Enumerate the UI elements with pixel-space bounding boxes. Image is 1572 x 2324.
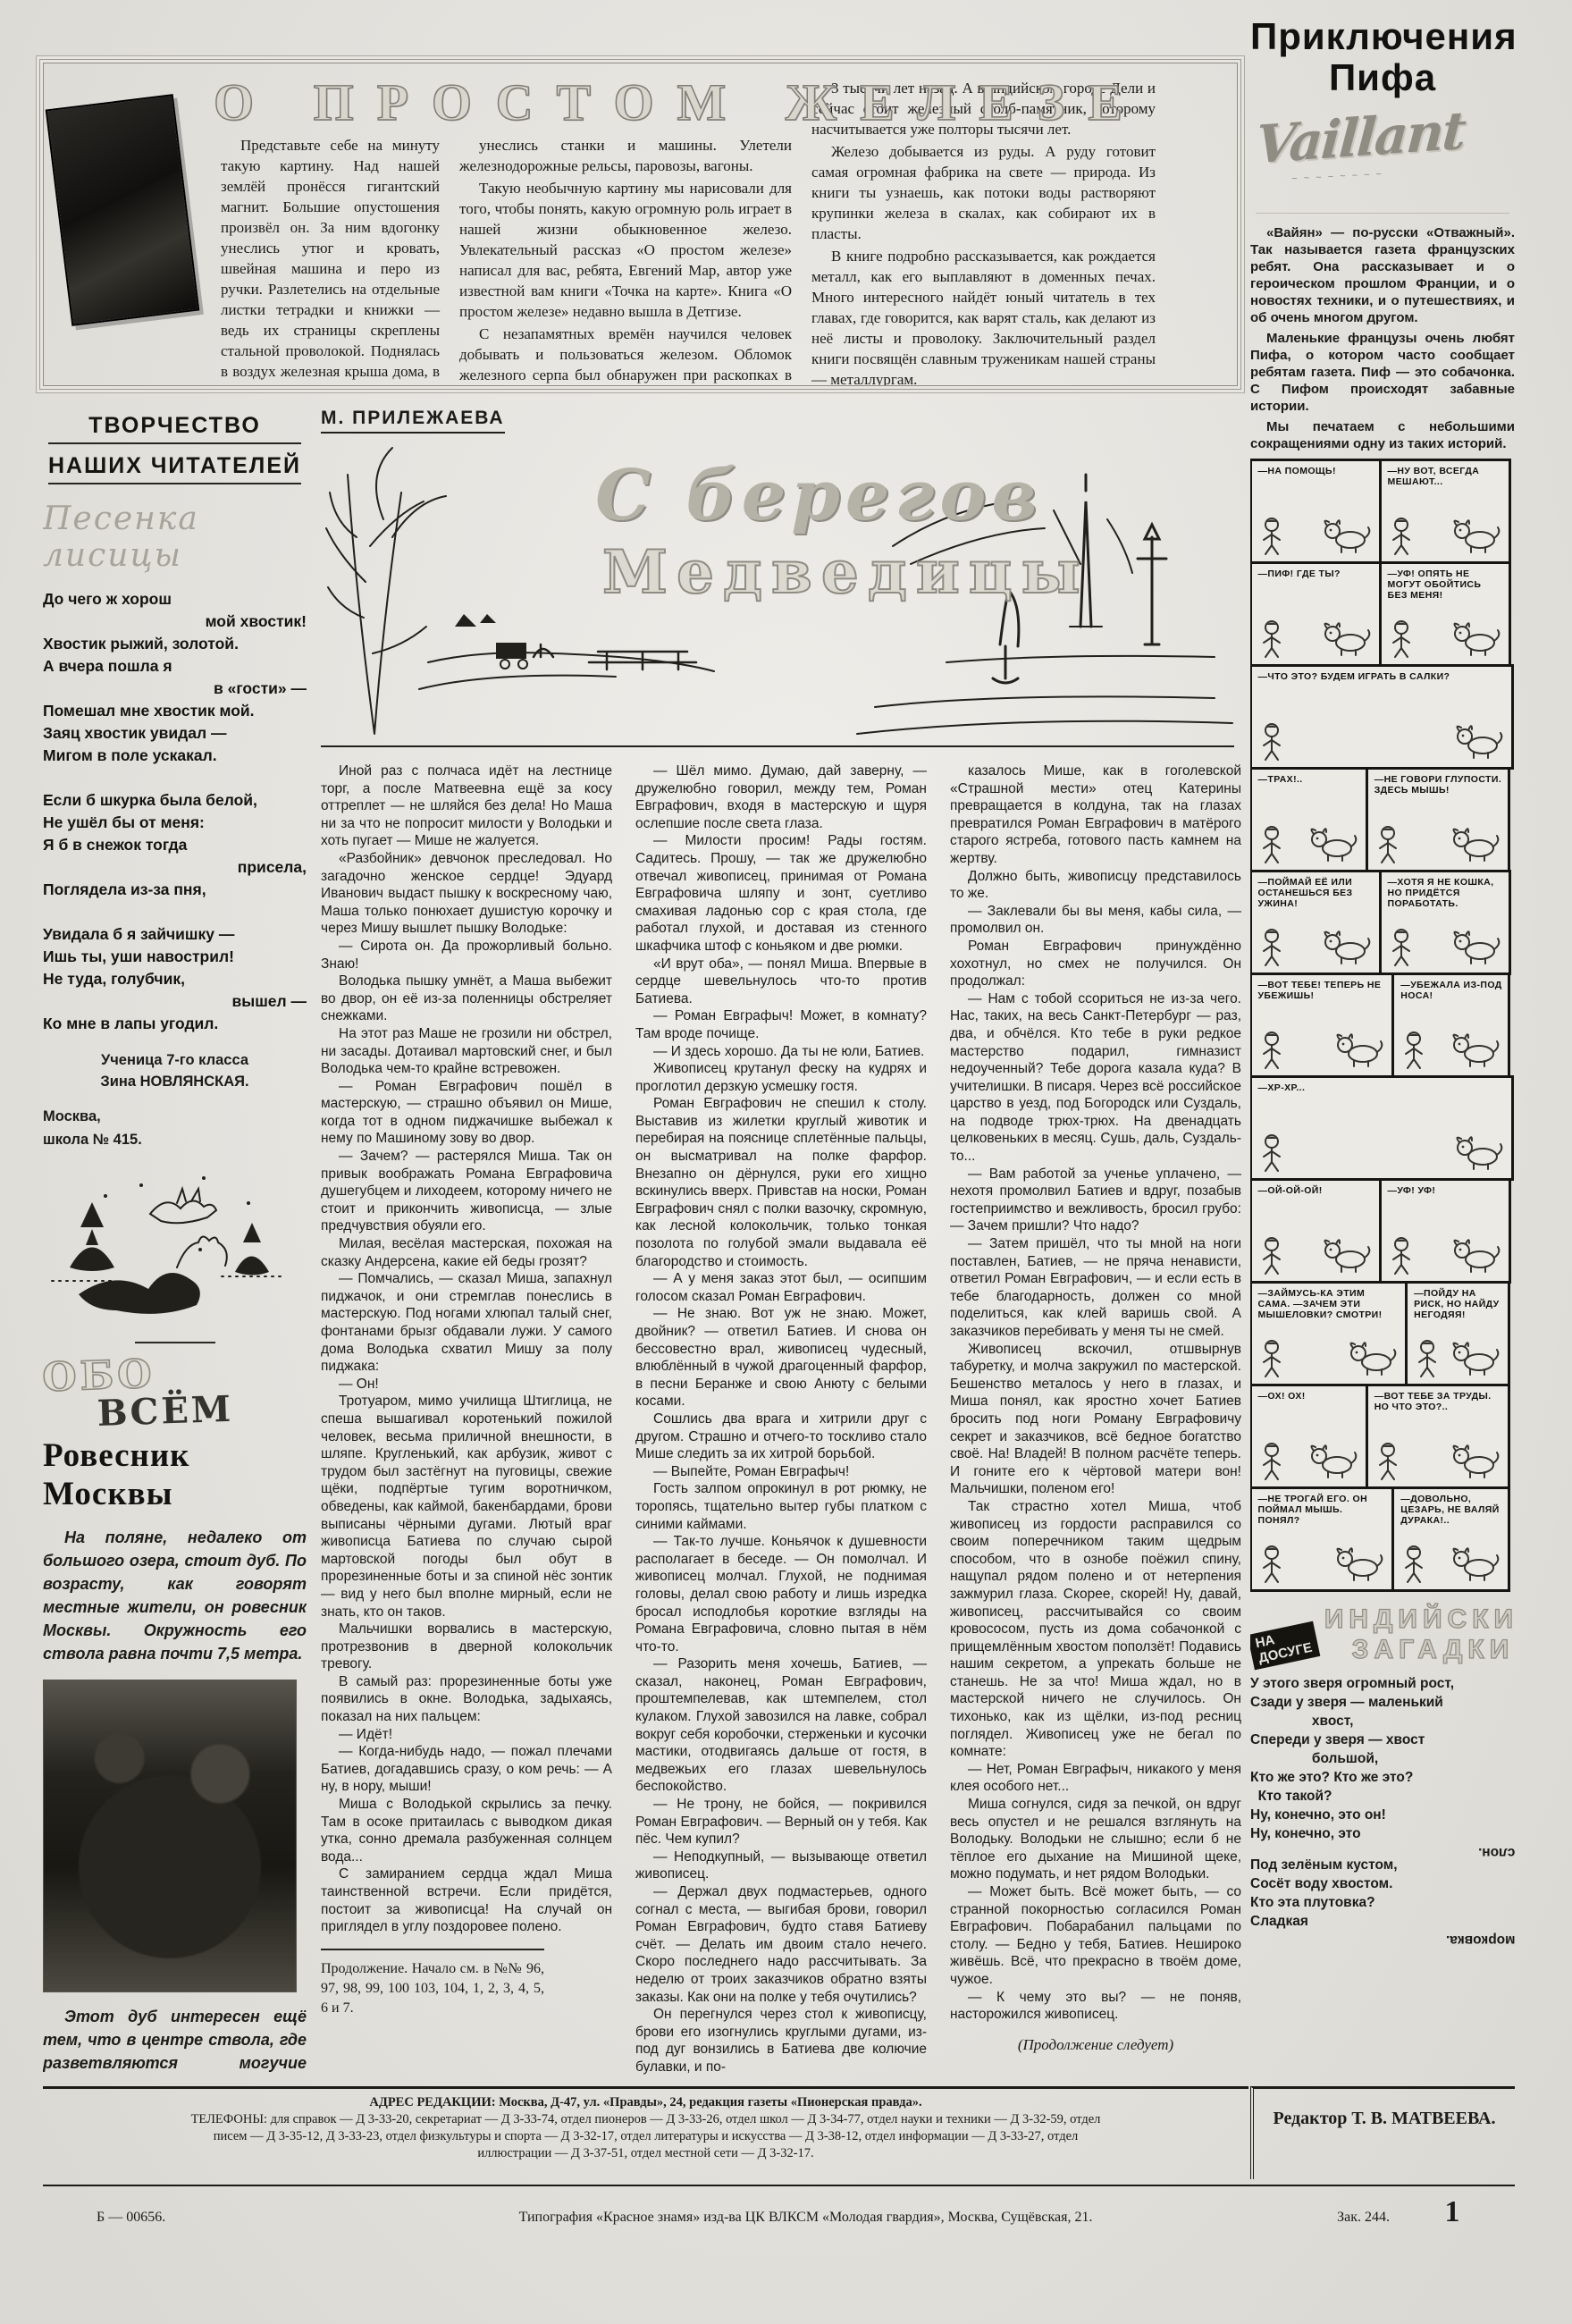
poem-line xyxy=(43,767,307,789)
poem-author-school: школа № 415. xyxy=(43,1132,142,1148)
poem-line: мой хвостик! xyxy=(43,610,307,633)
dog-doodle-icon xyxy=(1332,1545,1384,1586)
person-doodle-icon xyxy=(1259,928,1286,969)
oak-photo-caption: Этот дуб интересен ещё тем, что в центре… xyxy=(43,2005,307,2081)
comic-panel-caption: —Хр-хр... xyxy=(1258,1082,1506,1093)
poem-signature: Ученица 7-го класса Зина НОВЛЯНСКАЯ. xyxy=(43,1049,307,1092)
paragraph: — А у меня заказ этот был, — осипшим гол… xyxy=(635,1270,927,1305)
dog-doodle-icon xyxy=(1452,722,1504,763)
dog-doodle-icon xyxy=(1332,1031,1384,1072)
dog-doodle-icon xyxy=(1450,928,1501,969)
book-cover-image xyxy=(46,94,200,326)
dog-doodle-icon xyxy=(1449,1545,1501,1586)
story-column-2: — Шёл мимо. Думаю, дай заверну, — дружел… xyxy=(635,762,927,2076)
obo-vsem-logo-part2: ВСЁМ xyxy=(97,1389,307,1432)
paragraph: — Когда-нибудь надо, — пожал плечами Бат… xyxy=(321,1743,612,1796)
poem-title: Песенка лисицы xyxy=(43,501,307,574)
poem-line: присела, xyxy=(43,856,307,879)
riddles-title-line2: загадки xyxy=(1352,1635,1515,1664)
paragraph: — Заклевали бы вы меня, кабы сила, — про… xyxy=(950,903,1241,938)
riddles-title-line1: индийские xyxy=(1324,1604,1515,1634)
paragraph: Он перегнулся через стол к живописцу, бр… xyxy=(635,2006,927,2076)
paragraph: — Держал двух подмастерьев, одного согна… xyxy=(635,1883,927,2006)
paragraph: — Затем пришёл, что ты мной на ноги пост… xyxy=(950,1235,1241,1341)
paragraph: — Зачем? — растерялся Миша. Так он привы… xyxy=(321,1148,612,1235)
riddles-title: индийские загадки xyxy=(1324,1604,1515,1665)
comic-panel: —Ой-ой-ой! xyxy=(1250,1178,1382,1284)
pif-title-line2: Пифа xyxy=(1329,56,1436,98)
paragraph: Мы печатаем с небольшими сокращениями од… xyxy=(1250,418,1515,452)
comic-panel-caption: —Уф! Опять не могут обойтись без меня! xyxy=(1388,568,1503,601)
person-doodle-icon xyxy=(1259,1442,1286,1483)
footnote-line: 6 и 7. xyxy=(321,2000,354,2016)
paragraph: — К чему это вы? — не поняв, насторожилс… xyxy=(950,1989,1241,2024)
comic-panel: —Вот тебе! Теперь не убежишь! xyxy=(1250,973,1394,1078)
poem-line: Заяц хвостик увидал — xyxy=(43,722,307,745)
riddle-line: У этого зверя огромный рост, xyxy=(1250,1674,1515,1693)
comic-panel-caption: —На помощь! xyxy=(1258,466,1374,476)
paragraph: Миша с Володькой скрылись за печку. Там … xyxy=(321,1796,612,1865)
person-doodle-icon xyxy=(1389,517,1416,558)
paragraph: — Может быть. Всё может быть, — со стран… xyxy=(950,1883,1241,1989)
comic-panel-caption: —Пиф! Где ты? xyxy=(1258,568,1374,579)
poem-signature-name: Зина НОВЛЯНСКАЯ. xyxy=(100,1074,248,1090)
dog-doodle-icon xyxy=(1449,1339,1501,1380)
paragraph: На этот раз Маше не грозили ни обстрел, … xyxy=(321,1025,612,1078)
person-doodle-icon xyxy=(1259,517,1286,558)
poem-line xyxy=(43,901,307,923)
poem-line: Не ушёл бы от меня: xyxy=(43,812,307,834)
person-doodle-icon xyxy=(1401,1031,1428,1072)
paragraph: На поляне, недалеко от большого озера, с… xyxy=(43,1526,307,1665)
poem-line: Мигом в поле ускакал. xyxy=(43,745,307,767)
phones-line2: писем — Д 3-35-12, Д 3-33-23, отдел физк… xyxy=(43,2128,1248,2145)
comic-panel: —Поймай её или останешься без ужина! xyxy=(1250,870,1382,975)
riddle-line: большой, xyxy=(1250,1749,1515,1768)
riddle-line: Кто такой? xyxy=(1250,1787,1515,1806)
comic-panel-caption: —Что это? Будем играть в салки? xyxy=(1258,671,1506,682)
comic-panel-caption: —Трах!.. xyxy=(1258,774,1360,785)
poem-line: Увидала б я зайчишку — xyxy=(43,923,307,946)
paragraph: — Помчались, — сказал Миша, запахнул пид… xyxy=(321,1270,612,1376)
printing-house-line: Типография «Красное знамя» изд-ва ЦК ВЛК… xyxy=(329,2210,1282,2226)
comic-panel: —Ну вот, всегда мешают... xyxy=(1379,459,1511,564)
riddle-line: Кто же это? Кто же это? xyxy=(1250,1768,1515,1787)
riddle-line: хвост, xyxy=(1250,1712,1515,1730)
to-be-continued: (Продолжение следует) xyxy=(950,2036,1241,2054)
dog-doodle-icon xyxy=(1449,825,1501,866)
person-doodle-icon xyxy=(1389,1236,1416,1277)
comic-panel: —Не говори глупости. Здесь мышь! xyxy=(1366,767,1511,872)
riddle-line: Сосёт воду хвостом. xyxy=(1250,1874,1515,1893)
poem-line: в «гости» — xyxy=(43,678,307,700)
story-column-1: Иной раз с полчаса идёт на лестнице торг… xyxy=(321,762,612,2076)
pif-intro-text: «Вайян» — по-русски «Отважный». Так назы… xyxy=(1250,224,1515,452)
story-section: М. ПРИЛЕЖАЕВА xyxy=(308,400,1248,2081)
dog-doodle-icon xyxy=(1449,1442,1501,1483)
riddle-2: Под зелёным кустом,Сосёт воду хвостом.Кт… xyxy=(1250,1856,1515,1931)
pif-title-line1: Приключения xyxy=(1250,16,1515,57)
footnote-line: 97, 98, 99, 100 103, 104, 1, 2, 3, 4, 5, xyxy=(321,1981,544,1996)
paragraph: В книге подробно рассказывается, как рож… xyxy=(811,246,1156,386)
footer-contacts: АДРЕС РЕДАКЦИИ: Москва, Д-47, ул. «Правд… xyxy=(43,2086,1248,2179)
footnote-line: Продолжение. Начало см. в №№ 96, xyxy=(321,1961,544,1976)
paragraph: — Шёл мимо. Думаю, дай заверну, — дружел… xyxy=(635,762,927,832)
paragraph: — Роман Евграфыч! Может, в комнату? Там … xyxy=(635,1007,927,1042)
person-doodle-icon xyxy=(1259,1339,1286,1380)
paragraph: — Неподкупный, — вызывающе ответил живоп… xyxy=(635,1848,927,1883)
paragraph: — Нам с тобой ссориться не из-за чего. Н… xyxy=(950,990,1241,1166)
riddle-line: Под зелёным кустом, xyxy=(1250,1856,1515,1874)
poem-line: вышел — xyxy=(43,990,307,1013)
top-article-headline: О ПРОСТОМ ЖЕЛЕЗЕ xyxy=(214,72,937,132)
comic-panel-caption: —Уф! Уф! xyxy=(1388,1185,1503,1196)
person-doodle-icon xyxy=(1259,1031,1286,1072)
paragraph: казалось Мише, как в гоголевской «Страшн… xyxy=(950,762,1241,868)
comic-panel-caption: —Ох! Ох! xyxy=(1258,1391,1360,1402)
comic-panel-caption: —Пойду на риск, но найду негодяя! xyxy=(1414,1288,1502,1320)
riddle-line: Сзади у зверя — маленький xyxy=(1250,1693,1515,1712)
person-doodle-icon xyxy=(1389,928,1416,969)
dog-doodle-icon xyxy=(1449,1031,1501,1072)
paragraph: С замиранием сердца ждал Миша таинственн… xyxy=(321,1865,612,1935)
poem-line: Не туда, голубчик, xyxy=(43,968,307,990)
oak-tree-photo xyxy=(43,1680,297,1992)
comic-panel: —Не трогай его. Он поймал мышь. Понял? xyxy=(1250,1486,1394,1592)
paragraph: «Разбойник» девчонок преследовал. Но заг… xyxy=(321,850,612,938)
comic-panel: —Хотя я не кошка, но придётся поработать… xyxy=(1379,870,1511,975)
oak-article-title: Ровесник Москвы xyxy=(43,1436,307,1513)
paragraph: — Идёт! xyxy=(321,1726,612,1744)
paragraph: — Роман Евграфович пошёл в мастерскую, —… xyxy=(321,1078,612,1148)
pif-comic-strip: —На помощь! —Ну вот, всегда мешают... —П… xyxy=(1250,459,1515,1590)
paragraph: Железо добывается из руды. А руду готови… xyxy=(811,141,1156,244)
comic-panel-caption: —Займусь-ка этим сама. —Зачем эти мышело… xyxy=(1258,1288,1400,1320)
paragraph: Иной раз с полчаса идёт на лестнице торг… xyxy=(321,762,612,850)
dog-doodle-icon xyxy=(1307,1442,1358,1483)
comic-panel: —Хр-хр... xyxy=(1250,1075,1514,1181)
editorial-address: АДРЕС РЕДАКЦИИ: Москва, Д-47, ул. «Правд… xyxy=(43,2094,1248,2111)
dog-doodle-icon xyxy=(1346,1339,1398,1380)
paragraph: Володька пышку умнёт, а Маша выбежит во … xyxy=(321,973,612,1025)
dog-doodle-icon xyxy=(1450,1236,1501,1277)
poem-line: Хвостик рыжий, золотой. xyxy=(43,633,307,655)
story-byline: М. ПРИЛЕЖАЕВА xyxy=(321,408,505,434)
paragraph: Сошлись два врага и хитрили друг с друго… xyxy=(635,1410,927,1463)
paragraph: — Вам работой за ученье уплачено, — нехо… xyxy=(950,1166,1241,1235)
page-number: 1 xyxy=(1390,2195,1515,2229)
poem-line: Ко мне в лапы угодил. xyxy=(43,1013,307,1035)
comic-panel: —Пиф! Где ты? xyxy=(1250,561,1382,667)
paragraph: — Так-то лучше. Коньячок к душевности ра… xyxy=(635,1533,927,1655)
readers-header-line2: НАШИХ ЧИТАТЕЛЕЙ xyxy=(48,453,301,484)
comic-panel: —Ох! Ох! xyxy=(1250,1384,1368,1489)
comic-panel: —Убежала из-под носа! xyxy=(1391,973,1510,1078)
poem-line: Я б в снежок тогда xyxy=(43,834,307,856)
paragraph: Должно быть, живописцу представилось то … xyxy=(950,868,1241,903)
riddle-line: Кто эта плутовка? xyxy=(1250,1893,1515,1912)
person-doodle-icon xyxy=(1375,1442,1402,1483)
paragraph: — Он! xyxy=(321,1376,612,1394)
paragraph: — Милости просим! Рады гостям. Садитесь.… xyxy=(635,832,927,955)
paragraph: Роман Евграфович не спешил к столу. Выст… xyxy=(635,1095,927,1270)
comic-panel: —Займусь-ка этим сама. —Зачем эти мышело… xyxy=(1250,1281,1408,1386)
paragraph: Миша согнулся, сидя за печкой, он вдруг … xyxy=(950,1796,1241,1883)
comic-panel-caption: —Ну вот, всегда мешают... xyxy=(1388,466,1503,487)
issue-code: Б — 00656. xyxy=(97,2210,329,2226)
paragraph: — Не трону, не бойся, — покривился Роман… xyxy=(635,1796,927,1848)
comic-panel: —Трах!.. xyxy=(1250,767,1368,872)
poem-line: Ишь ты, уши навострил! xyxy=(43,946,307,968)
comic-panel-caption: —Убежала из-под носа! xyxy=(1400,980,1502,1001)
paragraph: «Вайян» — по-русски «Отважный». Так назы… xyxy=(1250,224,1515,326)
paragraph: Живописец вскочил, отшвырнув табуретку, … xyxy=(950,1341,1241,1498)
paragraph: Так страстно хотел Миша, чтоб живописец … xyxy=(950,1498,1241,1761)
dog-doodle-icon xyxy=(1307,825,1358,866)
paragraph: Тротуаром, мимо училища Штиглица, не спе… xyxy=(321,1393,612,1621)
person-doodle-icon xyxy=(1259,1236,1286,1277)
person-doodle-icon xyxy=(1259,722,1286,763)
paragraph: унеслись станки и машины. Улетели железн… xyxy=(459,135,792,176)
vaillant-logo-script: Vaillant xyxy=(1254,100,1467,176)
dog-doodle-icon xyxy=(1320,517,1372,558)
pif-column: Приключения Пифа Vaillant ~ ~ ~ ~ ~ ~ ~ … xyxy=(1250,16,1515,2081)
footer-imprint: Б — 00656. Типография «Красное знамя» из… xyxy=(43,2185,1515,2229)
riddle-line: Сладкая xyxy=(1250,1912,1515,1931)
comic-panel-caption: —Довольно, Цезарь, не валяй дурака!.. xyxy=(1400,1494,1502,1526)
comic-panel-caption: —Не говори глупости. Здесь мышь! xyxy=(1374,774,1503,796)
dog-doodle-icon xyxy=(1450,517,1501,558)
person-doodle-icon xyxy=(1389,619,1416,661)
paragraph: Милая, весёлая мастерская, похожая на ск… xyxy=(321,1235,612,1270)
editor-line: Редактор Т. В. МАТВЕЕВА. xyxy=(1250,2086,1515,2179)
comic-panel: —На помощь! xyxy=(1250,459,1382,564)
person-doodle-icon xyxy=(1259,619,1286,661)
poem-line: До чего ж хорош xyxy=(43,588,307,610)
riddle-1-answer-upside-down: слон. xyxy=(1478,1843,1515,1862)
comic-panel-caption: —Ой-ой-ой! xyxy=(1258,1185,1374,1196)
dog-doodle-icon xyxy=(1452,1133,1504,1175)
poem-signature-class: Ученица 7-го класса xyxy=(101,1052,248,1068)
riddle-line: Ну, конечно, это xyxy=(1250,1824,1515,1843)
na-dosuge-logo: НА ДОСУГЕ xyxy=(1250,1621,1320,1671)
print-order-number: Зак. 244. xyxy=(1282,2210,1390,2226)
person-doodle-icon xyxy=(1375,825,1402,866)
comic-panel: —Пойду на риск, но найду негодяя! xyxy=(1405,1281,1510,1386)
paragraph: — Нет, Роман Евграфыч, никакого у меня к… xyxy=(950,1761,1241,1796)
top-article-iron: О ПРОСТОМ ЖЕЛЕЗЕ Представьте себе на мин… xyxy=(43,63,1238,386)
pif-title: Приключения Пифа xyxy=(1250,16,1515,98)
story-column-3: казалось Мише, как в гоголевской «Страшн… xyxy=(950,762,1241,2076)
paragraph: Гость залпом опрокинул в рот рюмку, не т… xyxy=(635,1480,927,1533)
paragraph: — И здесь хорошо. Да ты не юли, Батиев. xyxy=(635,1043,927,1061)
oak-article-lead: На поляне, недалеко от большого озера, с… xyxy=(43,1526,307,1665)
comic-panel: —Довольно, Цезарь, не валяй дурака!.. xyxy=(1391,1486,1510,1592)
paragraph: Представьте себе на минуту такую картину… xyxy=(221,135,440,386)
paragraph: Маленькие французы очень любят Пифа, о к… xyxy=(1250,330,1515,415)
small-divider xyxy=(135,1342,215,1343)
paragraph: — Выпейте, Роман Евграфыч! xyxy=(635,1463,927,1481)
poem-author-city: Москва, xyxy=(43,1108,101,1124)
comic-panel: —Уф! Уф! xyxy=(1379,1178,1511,1284)
comic-panel-caption: —Не трогай его. Он поймал мышь. Понял? xyxy=(1258,1494,1387,1526)
fox-and-hare-illustration xyxy=(43,1160,307,1335)
poem-line: Если б шкурка была белой, xyxy=(43,789,307,812)
paragraph: Живописец крутанул феску на кудрях и про… xyxy=(635,1060,927,1095)
paragraph: С незапамятных времён научился человек д… xyxy=(459,324,792,386)
fox-song-poem: До чего ж хорошмой хвостик!Хвостик рыжий… xyxy=(43,588,307,1035)
comic-panel-caption: —Хотя я не кошка, но придётся поработать… xyxy=(1388,877,1503,909)
paragraph: — Не знаю. Вот уж не знаю. Может, двойни… xyxy=(635,1305,927,1410)
poem-author-address: Москва, школа № 415. xyxy=(43,1105,307,1151)
comic-panel: —Вот тебе за труды. Но что это?.. xyxy=(1366,1384,1511,1489)
paragraph: Роман Евграфович принуждённо хохотнул, н… xyxy=(950,938,1241,990)
book-cover-photo xyxy=(58,76,201,376)
paragraph: Такую необычную картину мы нарисовали дл… xyxy=(459,178,792,322)
paragraph: «И врут оба», — понял Миша. Впервые в се… xyxy=(635,956,927,1008)
readers-header-line1: ТВОРЧЕСТВО xyxy=(48,413,301,444)
leisure-section: НА ДОСУГЕ индийские загадки У этого звер… xyxy=(1250,1604,1515,1931)
paragraph: В самый раз: прорезиненные боты уже появ… xyxy=(321,1673,612,1726)
obo-vsem-logo: ОБО ВСЁМ xyxy=(43,1351,307,1434)
dog-doodle-icon xyxy=(1320,619,1372,661)
paragraph: Этот дуб интересен ещё тем, что в центре… xyxy=(43,2005,307,2081)
readers-column: ТВОРЧЕСТВО НАШИХ ЧИТАТЕЛЕЙ Песенка лисиц… xyxy=(43,400,307,2081)
riddle-line: Спереди у зверя — хвост xyxy=(1250,1730,1515,1749)
riddle-2-answer-upside-down: морковка. xyxy=(1446,1931,1515,1949)
comic-panel-caption: —Вот тебе! Теперь не убежишь! xyxy=(1258,980,1387,1001)
phones-line3: иллюстрации — Д 3-37-51, отдел местной с… xyxy=(43,2145,1248,2162)
paragraph: Мальчишки ворвались в мастерскую, протре… xyxy=(321,1621,612,1673)
paragraph: — Разорить меня хочешь, Батиев, — сказал… xyxy=(635,1655,927,1796)
dog-doodle-icon xyxy=(1320,1236,1372,1277)
story-footnote: Продолжение. Начало см. в №№ 96, 97, 98,… xyxy=(321,1949,544,2018)
comic-panel: —Что это? Будем играть в салки? xyxy=(1250,664,1514,770)
dog-doodle-icon xyxy=(1320,928,1372,969)
person-doodle-icon xyxy=(1259,1545,1286,1586)
paragraph: — Сирота он. Да прожорливый больно. Знаю… xyxy=(321,938,612,973)
riddle-line: Ну, конечно, это он! xyxy=(1250,1806,1515,1824)
vaillant-masthead-logo: Vaillant ~ ~ ~ ~ ~ ~ ~ ~ xyxy=(1256,107,1509,214)
comic-panel: —Уф! Опять не могут обойтись без меня! xyxy=(1379,561,1511,667)
poem-line: Поглядела из-за пня, xyxy=(43,879,307,901)
person-doodle-icon xyxy=(1259,1133,1286,1175)
story-illustration: С берегов Медведицы xyxy=(321,439,1240,750)
person-doodle-icon xyxy=(1259,825,1286,866)
dog-doodle-icon xyxy=(1450,619,1501,661)
person-doodle-icon xyxy=(1401,1545,1428,1586)
riddle-1: У этого зверя огромный рост,Сзади у звер… xyxy=(1250,1674,1515,1843)
poem-line: Помешал мне хвостик мой. xyxy=(43,700,307,722)
phones-line1: ТЕЛЕФОНЫ: для справок — Д 3-33-20, секре… xyxy=(43,2111,1248,2128)
newspaper-page: О ПРОСТОМ ЖЕЛЕЗЕ Представьте себе на мин… xyxy=(0,0,1572,2324)
person-doodle-icon xyxy=(1415,1339,1442,1380)
poem-line: А вчера пошла я xyxy=(43,655,307,678)
comic-panel-caption: —Поймай её или останешься без ужина! xyxy=(1258,877,1374,909)
comic-panel-caption: —Вот тебе за труды. Но что это?.. xyxy=(1374,1391,1503,1412)
